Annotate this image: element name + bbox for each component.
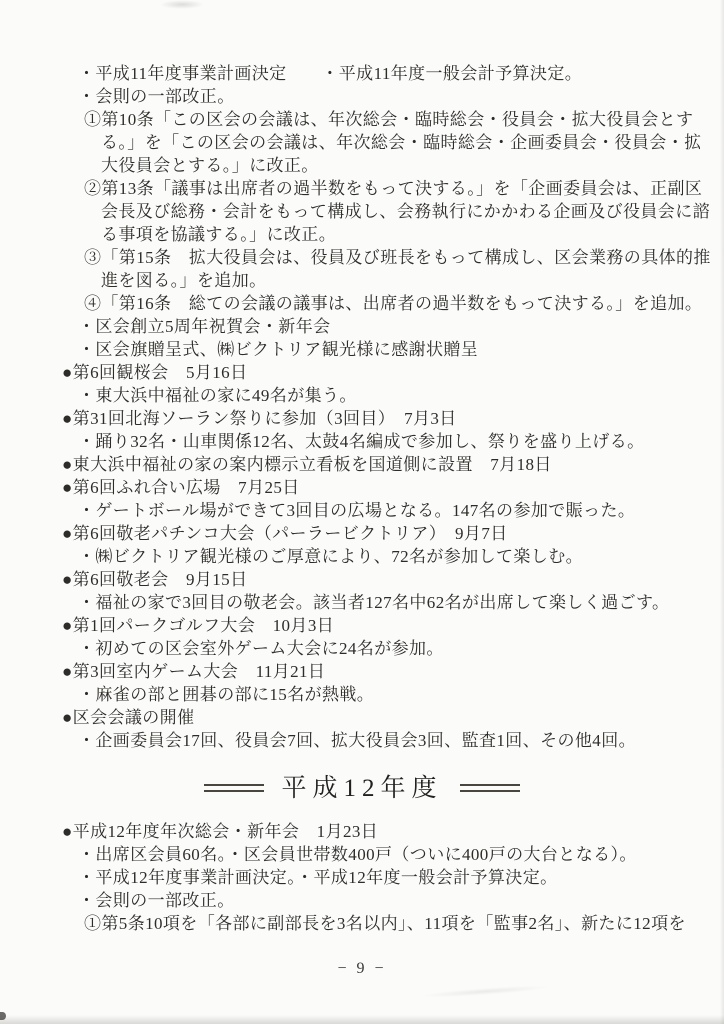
text-line: ・ゲートボール場ができて3回目の広場となる。147名の参加で賑った。	[0, 499, 724, 522]
text-line: ・平成12年度事業計画決定。・平成12年度一般会計予算決定。	[0, 866, 724, 889]
text-line: ・東大浜中福祉の家に49名が集う。	[0, 384, 724, 407]
text-line: 進を図る。」を追加。	[0, 269, 724, 292]
text-line: ・会則の一部改正。	[0, 889, 724, 912]
heading-rule-left-icon	[204, 784, 264, 792]
text-line: ●第31回北海ソーラン祭りに参加（3回目） 7月3日	[0, 407, 724, 430]
text-line: 大役員会とする。」に改正。	[0, 154, 724, 177]
text-line: ●第6回敬老会 9月15日	[0, 568, 724, 591]
text-line: ・㈱ビクトリア観光様のご厚意により、72名が参加して楽しむ。	[0, 545, 724, 568]
section-heisei-11: ・平成11年度事業計画決定 ・平成11年度一般会計予算決定。・会則の一部改正。①…	[0, 62, 724, 752]
text-line: ・踊り32名・山車関係12名、太鼓4名編成で参加し、祭りを盛り上げる。	[0, 430, 724, 453]
text-line: ・企画委員会17回、役員会7回、拡大役員会3回、監査1回、その他4回。	[0, 729, 724, 752]
text-line: ●区会会議の開催	[0, 706, 724, 729]
scan-streak	[420, 983, 550, 999]
text-line: ・区会旗贈呈式、㈱ビクトリア観光様に感謝状贈呈	[0, 338, 724, 361]
text-line: ・初めての区会室外ゲーム大会に24名が参加。	[0, 637, 724, 660]
text-line: 会長及び総務・会計をもって構成し、会務執行にかかわる企画及び役員会に諮	[0, 200, 724, 223]
scan-edge-right	[720, 0, 724, 1024]
page-number: − 9 −	[0, 960, 724, 978]
text-line: ●第3回室内ゲーム大会 11月21日	[0, 660, 724, 683]
text-line: る。」を「この区会の会議は、年次総会・臨時総会・企画委員会・役員会・拡	[0, 131, 724, 154]
text-line: ①第5条10項を「各部に副部長を3名以内」、11項を「監事2名」、新たに12項を	[0, 912, 724, 935]
section-heisei-12: ●平成12年度年次総会・新年会 1月23日・出席区会員60名。・区会員世帯数40…	[0, 820, 724, 935]
text-line: ・区会創立5周年祝賀会・新年会	[0, 315, 724, 338]
section-title: 平成12年度	[281, 768, 442, 804]
text-line: ・出席区会員60名。・区会員世帯数400戸（ついに400戸の大台となる）。	[0, 843, 724, 866]
text-line: ②第13条「議事は出席者の過半数をもって決する。」を「企画委員会は、正副区	[0, 177, 724, 200]
text-line: ●第6回敬老パチンコ大会（パーラービクトリア） 9月7日	[0, 522, 724, 545]
text-line: ●平成12年度年次総会・新年会 1月23日	[0, 820, 724, 843]
text-line: ・麻雀の部と囲碁の部に15名が熱戦。	[0, 683, 724, 706]
text-line: ●第6回ふれ合い広場 7月25日	[0, 476, 724, 499]
heading-rule-right-icon	[460, 784, 520, 792]
text-line: ・福祉の家で3回目の敬老会。該当者127名中62名が出席して楽しく過ごす。	[0, 591, 724, 614]
text-line: る事項を協議する。」に改正。	[0, 223, 724, 246]
text-line: ③「第15条 拡大役員会は、役員及び班長をもって構成し、区会業務の具体的推	[0, 246, 724, 269]
text-line: ●第6回観桜会 5月16日	[0, 361, 724, 384]
section-heading-heisei-12: 平成12年度	[0, 769, 724, 807]
scan-smudge-top	[160, 0, 204, 9]
text-line: ●第1回パークゴルフ大会 10月3日	[0, 614, 724, 637]
document-page: ・平成11年度事業計画決定 ・平成11年度一般会計予算決定。・会則の一部改正。①…	[0, 0, 724, 1024]
text-line: ・平成11年度事業計画決定 ・平成11年度一般会計予算決定。	[0, 62, 724, 85]
scan-edge-bottom	[0, 1015, 724, 1024]
text-line: ④「第16条 総ての会議の議事は、出席者の過半数をもって決する。」を追加。	[0, 292, 724, 315]
text-line: ①第10条「この区会の会議は、年次総会・臨時総会・役員会・拡大役員会とす	[0, 108, 724, 131]
text-line: ・会則の一部改正。	[0, 85, 724, 108]
text-line: ●東大浜中福祉の家の案内標示立看板を国道側に設置 7月18日	[0, 453, 724, 476]
